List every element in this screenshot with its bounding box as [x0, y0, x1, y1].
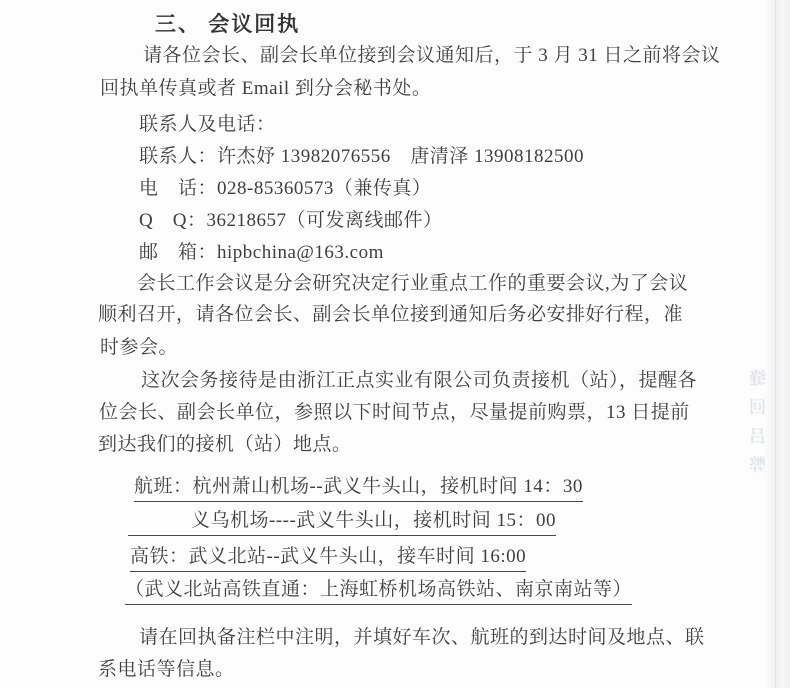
telephone-line: 电 话：028-85360573（兼传真）	[139, 178, 431, 200]
schedule-flight-1-line: 航班：杭州萧山机场--武义牛头山，接机时间 14：30	[134, 476, 583, 502]
paragraph-line: 到达我们的接机（站）地点。	[98, 434, 352, 456]
schedule-rail-line: 高铁：武义北站--武义牛头山，接车时间 16:00	[130, 546, 526, 572]
schedule-rail-note-line: （武义北站高铁直通：上海虹桥机场高铁站、南京南站等）	[125, 579, 632, 605]
schedule-flight-2-line: 义乌机场----武义牛头山，接机时间 15：00	[128, 510, 556, 536]
paragraph-line: 位会长、副会长单位，参照以下时间节点，尽量提前购票，13 日提前	[99, 402, 690, 424]
paragraph-line: 系电话等信息。	[98, 659, 235, 681]
paragraph-line: 会长工作会议是分会研究决定行业重点工作的重要会议,为了会议	[137, 273, 688, 295]
contact-section-label: 联系人及电话：	[139, 114, 276, 136]
paragraph-line: 请各位会长、副会长单位接到会议通知后，于 3 月 31 日之前将会议	[143, 45, 721, 67]
email-line: 邮 箱：hipbchina@163.com	[139, 242, 384, 264]
scan-edge-shading	[764, 0, 790, 688]
paragraph-line: 顺利召开，请各位会长、副会长单位接到通知后务必安排好行程，准	[98, 304, 683, 326]
paragraph-line: 时参会。	[100, 337, 178, 359]
document-page: 三、 会议回执 请各位会长、副会长单位接到会议通知后，于 3 月 31 日之前将…	[0, 0, 790, 688]
paragraph-line: 回执单传真或者 Email 到分会秘书处。	[100, 78, 431, 100]
paragraph-line: 请在回执备注栏中注明，并填好车次、航班的到达时间及地点、联	[139, 627, 705, 649]
contact-persons-line: 联系人：许杰妤 13982076556 唐清泽 13908182500	[139, 146, 584, 168]
paragraph-line: 这次会务接待是由浙江正点实业有限公司负责接机（站），提醒各	[141, 370, 697, 392]
section-heading: 三、 会议回执	[155, 13, 300, 35]
qq-line: Q Q：36218657（可发离线邮件）	[139, 210, 442, 232]
